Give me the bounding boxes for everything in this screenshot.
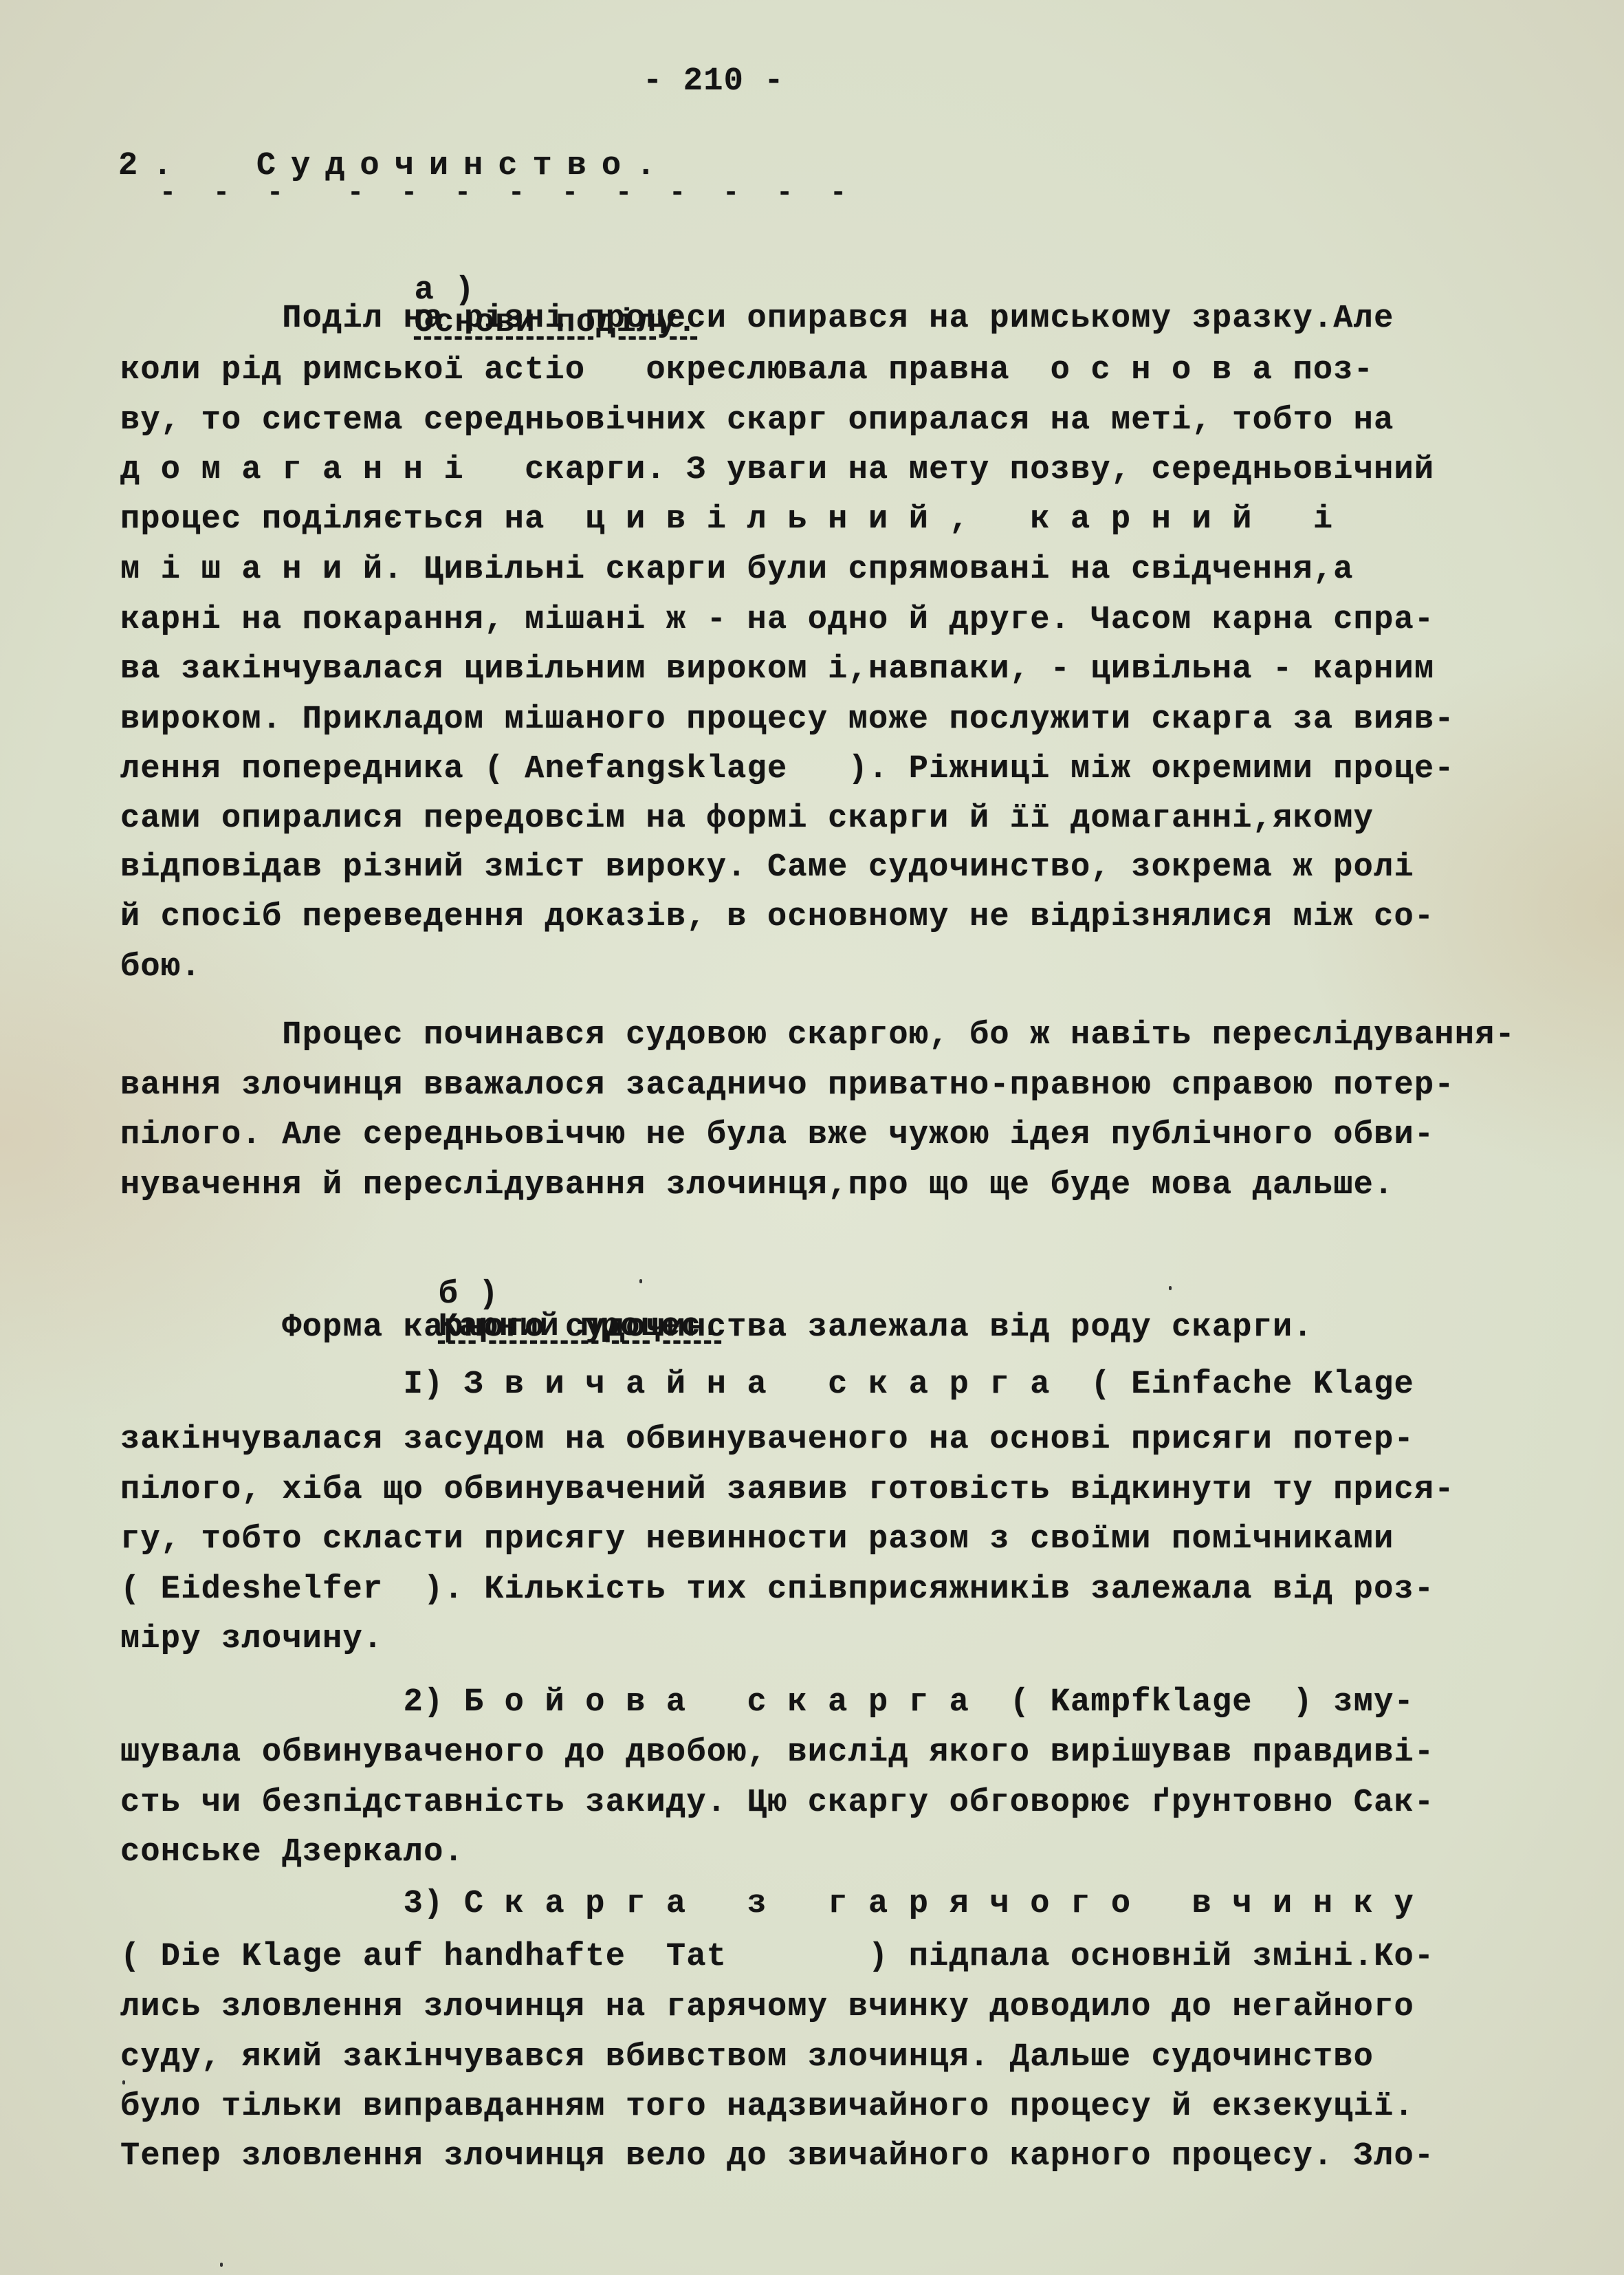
- text-line: ву, то система середньовічних скарг опир…: [120, 404, 1394, 437]
- text-line: Процес починався судовою скаргою, бо ж н…: [120, 1019, 1515, 1052]
- text-line: вироком. Прикладом мішаного процесу може…: [120, 704, 1455, 736]
- text-line: відповідав різний зміст вироку. Саме суд…: [120, 851, 1414, 884]
- section-heading-underline: - - - - - - - - - - - - -: [160, 180, 857, 208]
- text-line: й спосіб переведення доказів, в основном…: [120, 901, 1434, 933]
- text-line: Поділ на різні процеси опирався на римсь…: [120, 303, 1394, 335]
- text-line: гу, тобто скласти присягу невинности раз…: [120, 1523, 1394, 1556]
- typewritten-page: - 210 - 2. Судочинство. - - - - - - - - …: [0, 0, 1624, 2275]
- text-line: лись зловлення злочинця на гарячому вчин…: [120, 1991, 1414, 2023]
- text-line: вання злочинця вважалося засадничо прива…: [120, 1069, 1455, 1102]
- text-line: Тепер зловлення злочинця вело до звичайн…: [120, 2140, 1434, 2173]
- text-line: процес поділяється на ц и в і л ь н и й …: [120, 503, 1333, 536]
- text-line: закінчувалася засудом на обвинуваченого …: [120, 1424, 1414, 1456]
- text-line: пілого. Але середньовіччю не була вже чу…: [120, 1119, 1434, 1151]
- text-line: сами опиралися передовсім на формі скарг…: [120, 803, 1374, 835]
- text-line: ва закінчувалася цивільним вироком і,нав…: [120, 653, 1434, 686]
- text-line: лення попередника ( Anefangsklage ). Ріж…: [120, 753, 1455, 785]
- page-number: - 210 -: [643, 65, 784, 98]
- text-line: сонське Дзеркало.: [120, 1836, 464, 1869]
- text-line: було тільки виправданням того надзвичайн…: [120, 2091, 1414, 2123]
- section-heading: 2. Судочинство.: [118, 150, 670, 182]
- text-line: 2) Б о й о в а с к а р г а ( Kampfklage …: [120, 1686, 1414, 1719]
- subsection-b-title: Карний процес.: [439, 1309, 722, 1345]
- text-line: шувала обвинуваченого до двобою, вислід …: [120, 1737, 1434, 1769]
- text-line: м і ш а н и й. Цивільні скарги були спря…: [120, 554, 1354, 586]
- text-line: коли рід римської actio окреслювала прав…: [120, 354, 1374, 387]
- text-line: 3) С к а р г а з г а р я ч о г о в ч и н…: [120, 1888, 1414, 1920]
- text-line: карні на покарання, мішані ж - на одно й…: [120, 604, 1434, 636]
- text-line: сть чи безпідставність закиду. Цю скаргу…: [120, 1787, 1434, 1819]
- subsection-b-marker: б ): [439, 1276, 499, 1313]
- text-line: д о м а г а н н і скарги. З уваги на мет…: [120, 454, 1434, 486]
- text-line: міру злочину.: [120, 1623, 383, 1655]
- text-line: нувачення й переслідування злочинця,про …: [120, 1169, 1394, 1201]
- text-line: I) З в и ч а й н а с к а р г а ( Einfach…: [120, 1369, 1414, 1401]
- text-line: суду, який закінчувався вбивством злочин…: [120, 2041, 1374, 2073]
- text-line: ( Die Klage auf handhafte Tat ) підпала …: [120, 1941, 1434, 1973]
- subsection-heading-b: б ) Карний процес.: [358, 1246, 721, 1375]
- text-line: ( Eideshelfer ). Кількість тих співприся…: [120, 1574, 1434, 1606]
- text-line: бою.: [120, 951, 201, 983]
- text-line: пілого, хіба що обвинувачений заявив гот…: [120, 1474, 1455, 1506]
